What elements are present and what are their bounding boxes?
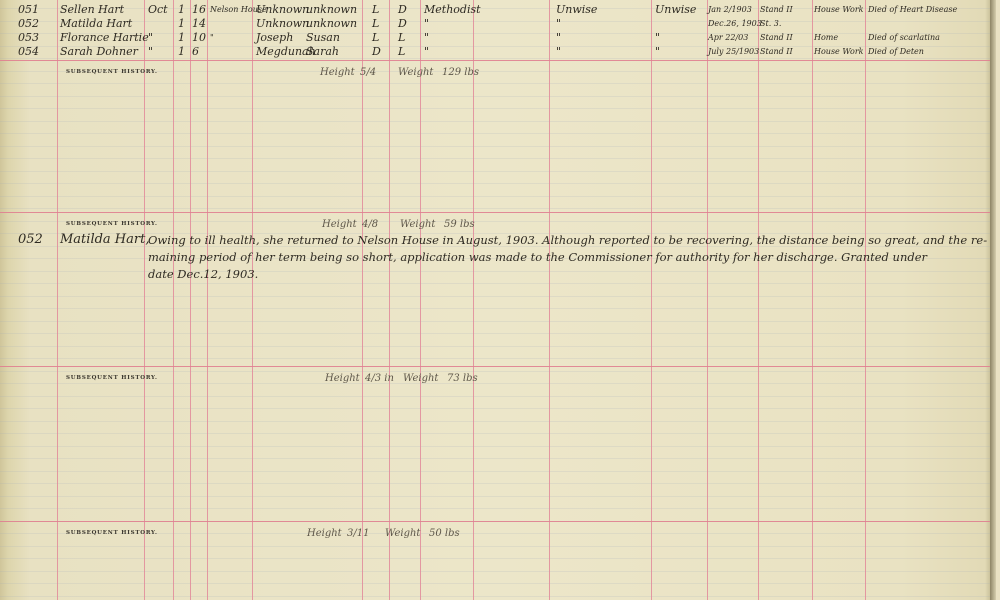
cell-age: 10 (192, 31, 206, 44)
cell-occupation: Home (814, 31, 838, 44)
entry-line: maining period of her term being so shor… (148, 246, 927, 268)
faint-rule (0, 96, 996, 97)
faint-rule (0, 471, 996, 472)
cell-col3: Oct (148, 3, 168, 16)
column-rule (144, 0, 145, 600)
faint-rule (0, 158, 996, 159)
height-value: 5/4 (360, 66, 376, 79)
faint-rule (0, 321, 996, 322)
faint-rule (0, 396, 996, 397)
column-rule (190, 0, 191, 600)
cell-number: 051 (18, 3, 39, 16)
cell-date: Dec.26, 1903 (708, 17, 762, 30)
faint-rule (0, 58, 996, 59)
column-rule (57, 0, 58, 600)
faint-rule (0, 196, 996, 197)
faint-rule (0, 508, 996, 509)
faint-rule (0, 358, 996, 359)
section-label: SUBSEQUENT HISTORY. (66, 530, 158, 536)
cell-occupation: House Work (814, 3, 864, 16)
faint-rule (0, 496, 996, 497)
cell-standard: Stand II (760, 45, 793, 58)
cell-remarks: Died of scarlatina (868, 31, 940, 44)
entry-line: date Dec.12, 1903. (148, 263, 258, 285)
weight-label: Weight (385, 527, 420, 540)
column-rule (865, 0, 866, 600)
cell-col10: D (398, 3, 407, 16)
cell-col3: " (148, 31, 153, 44)
column-rule (812, 0, 813, 600)
column-rule (651, 0, 652, 600)
entry-number: 052 (18, 229, 43, 251)
cell-col9: L (372, 3, 379, 16)
cell-father: Unknown (256, 17, 309, 30)
cell-col10: L (398, 45, 405, 58)
column-rule (252, 0, 253, 600)
faint-rule (0, 308, 996, 309)
cell-col9: D (372, 45, 381, 58)
cell-col4: 1 (178, 17, 185, 30)
cell-col13: " (655, 31, 660, 44)
weight-label: Weight (403, 372, 438, 385)
weight-label: Weight (398, 66, 433, 79)
faint-rule (0, 571, 996, 572)
column-rule (362, 0, 363, 600)
cell-standard: St. 3. (760, 17, 781, 30)
column-rule (473, 0, 474, 600)
weight-value: 73 lbs (447, 372, 478, 385)
cell-father: Unknown (256, 3, 309, 16)
cell-col6: " (210, 31, 214, 44)
height-value: 4/3 in (365, 372, 394, 385)
height-label: Height (320, 66, 355, 79)
faint-rule (0, 121, 996, 122)
cell-col10: D (398, 17, 407, 30)
faint-rule (0, 21, 996, 22)
faint-rule (0, 446, 996, 447)
cell-occupation: House Work (814, 45, 864, 58)
cell-religion: " (424, 17, 429, 30)
column-rule (389, 0, 390, 600)
section-rule (0, 60, 996, 61)
section-rule (0, 212, 996, 213)
faint-rule (0, 458, 996, 459)
height-value: 3/11 (347, 527, 369, 540)
cell-mother: unknown (306, 17, 357, 30)
section-label: SUBSEQUENT HISTORY. (66, 69, 158, 75)
cell-date: Apr 22/03 (708, 31, 748, 44)
cell-date: Jan 2/1903 (708, 3, 752, 16)
cell-col10: L (398, 31, 405, 44)
faint-rule (0, 183, 996, 184)
faint-rule (0, 296, 996, 297)
faint-rule (0, 146, 996, 147)
cell-remarks: Died of Heart Disease (868, 3, 957, 16)
faint-rule (0, 558, 996, 559)
cell-name: Florance Hartie (60, 31, 149, 44)
weight-value: 129 lbs (442, 66, 479, 79)
cell-col13: " (655, 45, 660, 58)
cell-name: Sarah Dohner (60, 45, 138, 58)
cell-name: Matilda Hart (60, 17, 132, 30)
section-rule (0, 366, 996, 367)
column-rule (549, 0, 550, 600)
cell-mother: Susan (306, 31, 340, 44)
cell-col4: 1 (178, 3, 185, 16)
height-label: Height (325, 372, 360, 385)
cell-remarks: Died of Deten (868, 45, 924, 58)
faint-rule (0, 421, 996, 422)
cell-standard: Stand II (760, 3, 793, 16)
section-label: SUBSEQUENT HISTORY. (66, 375, 158, 381)
faint-rule (0, 596, 996, 597)
cell-mother: Sarah (306, 45, 339, 58)
cell-number: 054 (18, 45, 39, 58)
cell-age: 14 (192, 17, 206, 30)
cell-col4: 1 (178, 31, 185, 44)
faint-rule (0, 208, 996, 209)
faint-rule (0, 483, 996, 484)
cell-religion: Methodist (424, 3, 481, 16)
column-rule (758, 0, 759, 600)
faint-rule (0, 346, 996, 347)
faint-rule (0, 433, 996, 434)
faint-rule (0, 83, 996, 84)
ledger-page: 051Sellen HartOct116Nelson HouseUnknownu… (0, 0, 996, 600)
cell-col12: " (556, 45, 561, 58)
cell-father: Joseph (256, 31, 293, 44)
cell-col12: " (556, 17, 561, 30)
cell-age: 16 (192, 3, 206, 16)
faint-rule (0, 133, 996, 134)
cell-col13: Unwise (655, 3, 696, 16)
cell-standard: Stand II (760, 31, 793, 44)
faint-rule (0, 546, 996, 547)
cell-number: 053 (18, 31, 39, 44)
weight-value: 50 lbs (429, 527, 460, 540)
height-label: Height (307, 527, 342, 540)
column-rule (207, 0, 208, 600)
column-rule (173, 0, 174, 600)
cell-col12: Unwise (556, 3, 597, 16)
cell-name: Sellen Hart (60, 3, 124, 16)
cell-col9: L (372, 31, 379, 44)
column-rule (420, 0, 421, 600)
section-rule (0, 521, 996, 522)
faint-rule (0, 108, 996, 109)
cell-number: 052 (18, 17, 39, 30)
faint-rule (0, 171, 996, 172)
cell-col4: 1 (178, 45, 185, 58)
faint-rule (0, 371, 996, 372)
cell-date: July 25/1903 (708, 45, 759, 58)
page-edge (990, 0, 996, 600)
cell-col3: " (148, 45, 153, 58)
faint-rule (0, 333, 996, 334)
faint-rule (0, 408, 996, 409)
cell-religion: " (424, 31, 429, 44)
cell-age: 6 (192, 45, 199, 58)
faint-rule (0, 383, 996, 384)
cell-col9: L (372, 17, 379, 30)
cell-mother: unknown (306, 3, 357, 16)
cell-col12: " (556, 31, 561, 44)
column-rule (707, 0, 708, 600)
cell-religion: " (424, 45, 429, 58)
entry-name: Matilda Hart, (60, 229, 149, 251)
section-label: SUBSEQUENT HISTORY. (66, 221, 158, 227)
faint-rule (0, 583, 996, 584)
